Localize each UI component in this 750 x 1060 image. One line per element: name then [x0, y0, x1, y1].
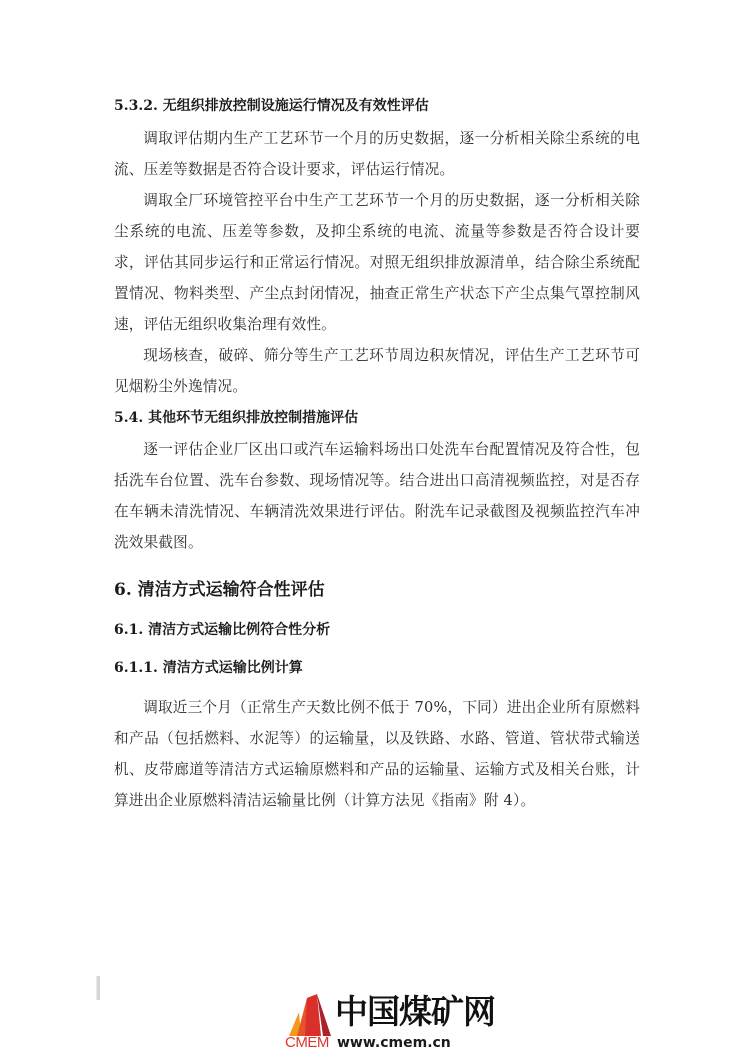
paragraph: 调取评估期内生产工艺环节一个月的历史数据，逐一分析相关除尘系统的电流、压差等数据…: [114, 123, 640, 185]
document-page: 5.3.2. 无组织排放控制设施运行情况及有效性评估 调取评估期内生产工艺环节一…: [114, 96, 640, 816]
section-heading-5-4: 5.4. 其他环节无组织排放控制措施评估: [114, 408, 640, 428]
logo-abbr: CMEM: [285, 1034, 329, 1052]
paragraph: 逐一评估企业厂区出口或汽车运输料场出口处洗车台配置情况及符合性，包括洗车台位置、…: [114, 434, 640, 558]
section-heading-6-1-1: 6.1.1. 清洁方式运输比例计算: [114, 658, 640, 678]
section-heading-6-1: 6.1. 清洁方式运输比例符合性分析: [114, 620, 640, 640]
section-heading-6: 6. 清洁方式运输符合性评估: [114, 578, 640, 602]
paragraph: 调取全厂环境管控平台中生产工艺环节一个月的历史数据，逐一分析相关除尘系统的电流、…: [114, 185, 640, 340]
logo-name: 中国煤矿网: [335, 990, 495, 1034]
paragraph: 调取近三个月（正常生产天数比例不低于 70%，下同）进出企业所有原燃料和产品（包…: [114, 692, 640, 816]
mountain-logo-icon: [287, 992, 331, 1036]
site-logo: 中国煤矿网 CMEM www.cmem.cn: [285, 990, 485, 1054]
page-margin-bar: [96, 976, 100, 1000]
logo-url: www.cmem.cn: [337, 1034, 451, 1052]
paragraph: 现场核查，破碎、筛分等生产工艺环节周边积灰情况，评估生产工艺环节可见烟粉尘外逸情…: [114, 340, 640, 402]
section-heading-5-3-2: 5.3.2. 无组织排放控制设施运行情况及有效性评估: [114, 96, 640, 116]
